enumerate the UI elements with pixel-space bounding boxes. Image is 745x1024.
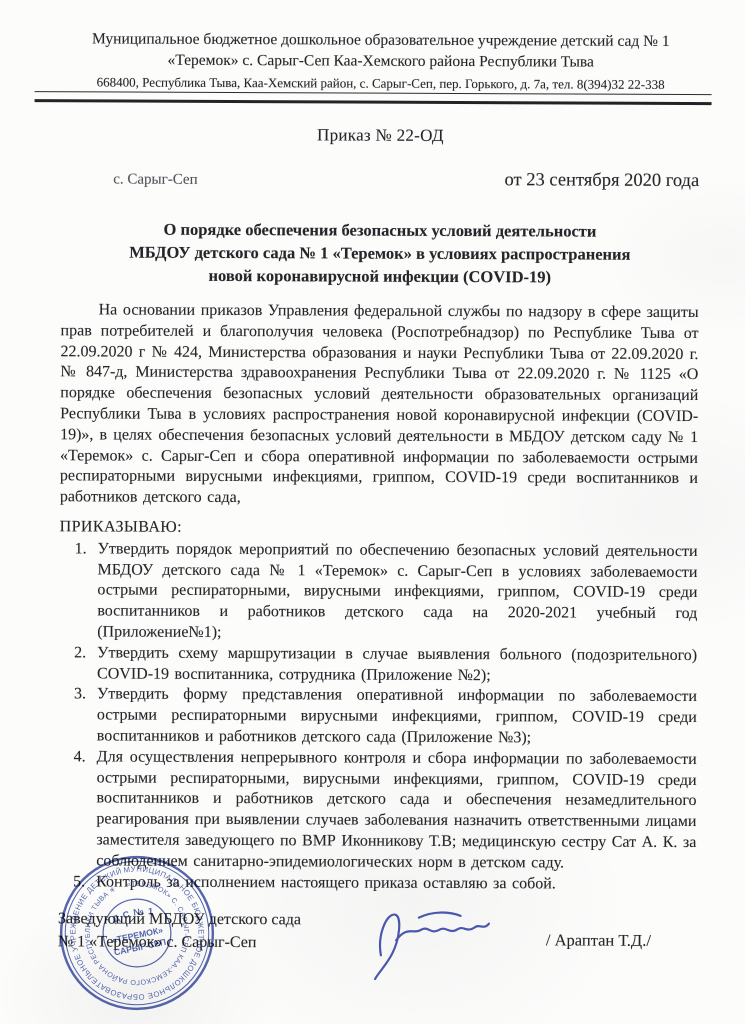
- decree-word: ПРИКАЗЫВАЮ:: [60, 517, 698, 541]
- list-item-number: 2.: [74, 643, 86, 664]
- official-round-stamp: МУНИЦИПАЛЬНОЕ БЮДЖЕТНОЕ ДОШКОЛЬНОЕ ОБРАЗ…: [40, 836, 235, 1024]
- list-item: 3. Утвердить форму представления операти…: [59, 685, 697, 750]
- signature-transcript: / Араптан Т.Д./: [546, 931, 651, 951]
- stamp-ring-text-outer-path: МУНИЦИПАЛЬНОЕ БЮДЖЕТНОЕ ДОШКОЛЬНОЕ ОБРАЗ…: [40, 836, 219, 1018]
- list-item: 1. Утвердить порядок мероприятий по обес…: [59, 539, 697, 646]
- list-item-text: Утвердить схему маршрутизации в случае в…: [97, 644, 697, 684]
- order-subject-line3: новой коронавирусной инфекции (COVID-19): [61, 263, 699, 289]
- signature-stroke-a: [375, 915, 399, 980]
- list-item-text: Утвердить порядок мероприятий по обеспеч…: [97, 540, 697, 641]
- stamp-center-line1-path: Д С № 1: [110, 903, 156, 925]
- signature-stroke-tbar: [419, 913, 461, 918]
- order-date: от 23 сентября 2020 года: [505, 170, 700, 192]
- letterhead: Муниципальное бюджетное дошкольное образ…: [62, 28, 700, 105]
- order-subject-line1: О порядке обеспечения безопасных условий…: [61, 217, 699, 243]
- signature-stroke-main: [396, 924, 489, 941]
- order-meta-row: с. Сарыг-Сеп от 23 сентября 2020 года: [61, 168, 699, 192]
- order-subject-line2: МБДОУ детского сада № 1 «Теремок» в усло…: [61, 240, 699, 266]
- list-item-text: Утвердить форму представления оперативно…: [97, 686, 697, 746]
- stamp-center-line1: Д С № 1: [110, 903, 156, 925]
- org-name-line2: «Теремок» с. Сарыг-Сеп Каа-Хемского райо…: [62, 49, 700, 73]
- order-number-title: Приказ № 22-ОД: [61, 124, 699, 147]
- order-place: с. Сарыг-Сеп: [61, 171, 197, 189]
- list-item: 2. Утвердить схему маршрутизации в случа…: [59, 643, 697, 687]
- order-items-list: 1. Утвердить порядок мероприятий по обес…: [58, 539, 698, 895]
- stamp-ring-text-outer: МУНИЦИПАЛЬНОЕ БЮДЖЕТНОЕ ДОШКОЛЬНОЕ ОБРАЗ…: [40, 836, 219, 1018]
- list-item-number: 4.: [74, 747, 86, 768]
- order-preamble: На основании приказов Управления федерал…: [60, 300, 699, 511]
- scanned-order-document: Муниципальное бюджетное дошкольное образ…: [0, 0, 745, 1024]
- letterhead-rule-thick: [35, 99, 712, 105]
- order-subject: О порядке обеспечения безопасных условий…: [61, 217, 699, 289]
- org-name-line1: Муниципальное бюджетное дошкольное образ…: [62, 28, 700, 52]
- list-item-number: 1.: [75, 539, 87, 560]
- signature-scribble: [364, 900, 506, 983]
- list-item-number: 3.: [74, 685, 86, 706]
